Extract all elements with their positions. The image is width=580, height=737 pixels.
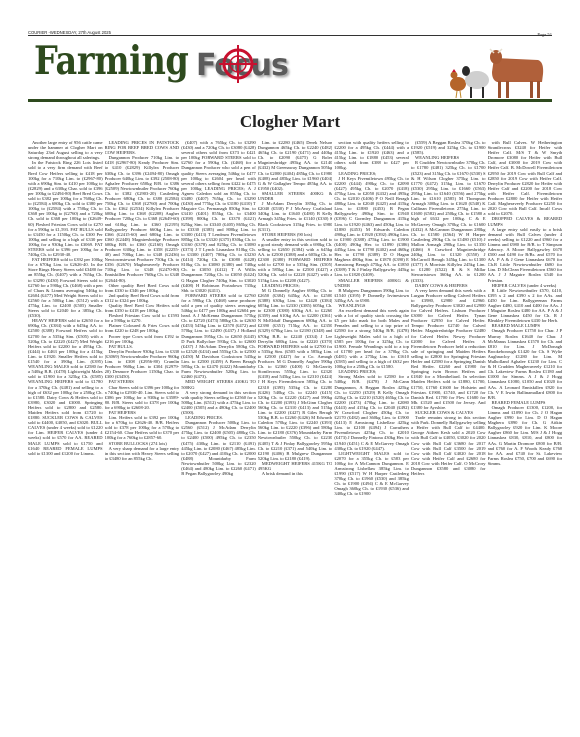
sheep-icon <box>462 66 489 98</box>
article-column: section with quality heifers selling to … <box>334 140 409 730</box>
article-paragraph: Lim. Heifers sold to £392 per 100kg for … <box>105 415 180 440</box>
cow-icon <box>490 49 543 98</box>
article-paragraph: (£407) with a 765kg Ch. to £3290 (£430) … <box>181 140 256 293</box>
article-paragraph: SMALLER STEERS 400KG & UNDER <box>258 191 333 201</box>
article-paragraph: HEAVY HEIFERS sold to £2650 for a 690kg … <box>28 318 103 456</box>
article-column: Another large entry of 956 cattle came u… <box>28 140 103 730</box>
article-paragraph: (£559) A Beggan Roslea 370kg Ch. to £192… <box>411 140 486 155</box>
article-paragraph: Another large entry of 956 cattle came u… <box>28 140 103 160</box>
article-paragraph: Other quality Beef Bred Cows sold from £… <box>105 283 180 293</box>
article-paragraph: Lim. to £2280 (£465) Derek Nelson Dungan… <box>258 140 333 191</box>
article-paragraph: Quality Beef Bred Cow Heifers sold from … <box>105 303 180 313</box>
article-paragraph: FORWARD STEERS sold to £2760 for a 590kg… <box>181 293 256 380</box>
article-paragraph: B Mulgrew Dungannon 390kg Lim. to £1540 … <box>334 288 409 303</box>
masthead-rule <box>28 99 552 102</box>
article-paragraph: Omagh Producer £1300, £1200, for Limms a… <box>488 405 563 466</box>
article-column: with Bull Calves. W Hetherington Stranil… <box>488 140 563 730</box>
article-paragraph: Trade remains strong in this section wit… <box>411 415 486 476</box>
article-body: Another large entry of 956 cattle came u… <box>28 140 564 730</box>
article-paragraph: MED WEIGHT STEERS 410KG TO 500KG <box>181 379 256 389</box>
article-paragraph: Char Steers sold to £396 per 100kg for a… <box>105 385 180 410</box>
article-column: Lim. to £2280 (£465) Derek Nelson Dungan… <box>258 140 333 730</box>
article-paragraph: A large entry sold easily to a brisk dem… <box>488 227 563 283</box>
article-paragraph: Dungannon Producer 710kg Lim. to £418 (£… <box>105 155 180 282</box>
article-paragraph: FAT HEIFERS sold to £392 per 100kg for a… <box>28 257 103 318</box>
article-paragraph: Dungannon Producer 500kg Lim. to £2560 (… <box>181 420 256 476</box>
crosshair-icon <box>218 44 258 84</box>
article-paragraph: An excellent demand this week again with… <box>334 308 409 369</box>
article-paragraph: A very keen demand this week with a Lurg… <box>411 288 486 410</box>
article-paragraph: SMALLER HEIFERS 400KG & UNDER <box>334 278 409 288</box>
article-column: LEADING PRICES IN FATSTOCK RING FOR BEEF… <box>105 140 180 730</box>
article-title: Clogher Mart <box>0 112 580 132</box>
article-paragraph: 2nd quality Beef Bred Cows sold from £31… <box>105 293 180 303</box>
article-paragraph: Fleshed Friesian Cow sold to £1593 for a… <box>105 313 180 323</box>
article-paragraph: J H Keys Fivemiletown 495kg Ch. to £2200… <box>334 176 409 278</box>
article-paragraph: Plainer Coloured & Fries Cows sold from … <box>105 323 180 333</box>
article-paragraph: LIGHTWEIGHT MALES sold to £2070 for a 35… <box>334 451 409 497</box>
article-paragraph: R Little Newtownbutler £570, £410, £395 … <box>488 288 563 324</box>
article-paragraph: R Crudden Newtownbutler 370kg Ch. to £17… <box>411 160 486 282</box>
article-paragraph: J McAdam Derrylin 385kg Ch. to £2040 (£5… <box>258 201 333 232</box>
article-column: (£407) with a 765kg Ch. to £3290 (£430) … <box>181 140 256 730</box>
article-paragraph: MEDWEIGHT HEIFERS 415KG TO 495KG <box>258 461 333 471</box>
article-paragraph: In the Fatstock Ring 226 Lots listed sol… <box>28 160 103 257</box>
article-paragraph: M G Donnelly Augher 690kg Ch. to £2650 (… <box>258 288 333 461</box>
article-paragraph: A brisk demand in this <box>258 471 333 476</box>
header-rule <box>28 35 552 36</box>
article-paragraph: Derrylin Producer 930kg Lim. to £330 (£3… <box>105 349 180 380</box>
article-paragraph: with Bull Calves. W Hetherington Stranil… <box>488 140 563 216</box>
article-paragraph: LEADING PRICES IN FATSTOCK RING FOR BEEF… <box>105 140 180 155</box>
article-paragraph: section with quality heifers selling to … <box>334 140 409 171</box>
article-paragraph: DROPPED CALVES & REARED LUMPS <box>488 216 563 226</box>
article-paragraph: A smaller entry in this section sold to … <box>258 237 333 283</box>
article-paragraph: Strong Males sold to £2580 for a 540kg B… <box>334 374 409 450</box>
article-paragraph: Poorer type Cows sold from £192 to £216 … <box>105 334 180 344</box>
masthead: Farming Focus <box>28 42 552 102</box>
farm-animals-illustration <box>442 44 546 100</box>
article-column: (£559) A Beggan Roslea 370kg Ch. to £192… <box>411 140 486 730</box>
article-paragraph: A very strong demand in this section wit… <box>181 390 256 415</box>
article-paragraph: Omagh Producer £1750 for Char. J P Murra… <box>488 328 563 399</box>
masthead-farming: Farming <box>34 38 188 84</box>
article-paragraph: HEIFER CALVES (under 4 weeks) <box>488 283 563 288</box>
article-paragraph: A very sharp demand for a large entry in… <box>105 446 180 461</box>
